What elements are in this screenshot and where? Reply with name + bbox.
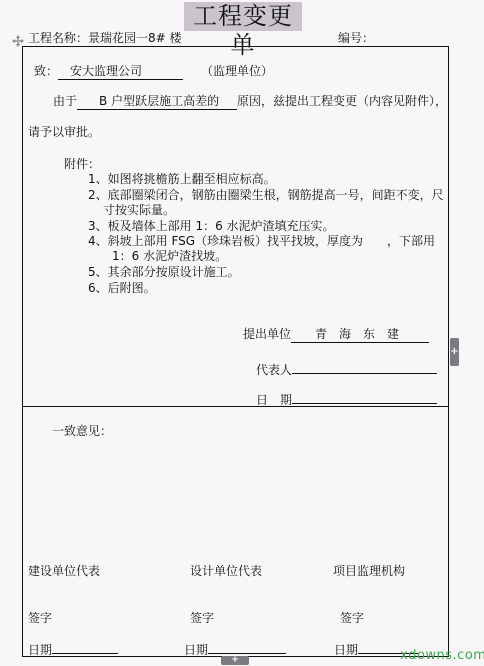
representative-field[interactable] (292, 360, 437, 374)
sig-design-title: 设计单位代表 (190, 564, 262, 579)
sig-construction-title: 建设单位代表 (28, 564, 100, 579)
sig-construction-date-field[interactable] (52, 640, 118, 654)
add-column-handle[interactable]: + (450, 338, 459, 366)
attachment-item-4: 4、斜坡上部用 FSG（珍珠岩板）找平找坡，厚度为 ，下部用 (88, 234, 435, 249)
add-row-handle[interactable]: + (221, 656, 249, 665)
project-name-value: 景瑞花园一8# 楼 (88, 31, 182, 45)
addressee-value: 安大监理公司 (58, 64, 183, 80)
sig-supervision-sign-label: 签字 (340, 611, 364, 626)
sig-construction-date: 日期 (28, 640, 118, 658)
project-name: 工程名称：景瑞花园一8# 楼 (28, 31, 182, 46)
addressee-line: 致：安大监理公司（监理单位） (34, 64, 273, 80)
reason-value: B 户型跃层施工高差的 (77, 94, 237, 110)
reason-prefix: 由于 (53, 94, 77, 108)
project-name-label: 工程名称： (28, 31, 88, 45)
submitter-unit-label: 提出单位 (243, 327, 291, 341)
attachment-item-1: 1、如图将挑檐筋上翻至相应标高。 (88, 172, 276, 187)
sig-construction-sign-label: 签字 (28, 611, 52, 626)
serial-number-label: 编号： (338, 31, 374, 46)
sig-supervision-date-label: 日期 (334, 643, 358, 657)
reason-line-2: 请予以审批。 (28, 125, 100, 140)
submitter-unit: 提出单位青 海 东 建 (243, 327, 429, 343)
attachment-item-2-cont: 寸按实际量。 (103, 203, 175, 218)
attachment-item-6: 6、后附图。 (88, 281, 156, 296)
attachment-item-2: 2、底部圈梁闭合，钢筋由圈梁生根，钢筋提高一号，间距不变，尺 (88, 188, 444, 203)
opinion-label: 一致意见： (52, 424, 112, 439)
sig-design-date-label: 日期 (184, 643, 208, 657)
reason-line: 由于B 户型跃层施工高差的原因，兹提出工程变更（内容见附件）， (53, 94, 447, 110)
submitter-unit-value: 青 海 东 建 (291, 327, 429, 343)
attachment-item-4-cont: 1：6 水泥炉渣找坡。 (112, 249, 227, 264)
submit-date-label: 日 期 (256, 393, 292, 407)
submit-date: 日 期 (256, 390, 437, 408)
sig-design-sign-label: 签字 (190, 611, 214, 626)
sig-design-date-field[interactable] (208, 640, 286, 654)
document-title: 工程变更单 (184, 2, 302, 31)
sig-construction-date-label: 日期 (28, 643, 52, 657)
attachments-label: 附件： (64, 157, 100, 172)
watermark: xdowns.com (400, 648, 484, 663)
submit-date-field[interactable] (292, 390, 437, 404)
document-page: 工程变更单 工程名称：景瑞花园一8# 楼 编号： 致：安大监理公司（监理单位） … (0, 0, 484, 666)
reason-suffix: 原因，兹提出工程变更（内容见附件）， (237, 94, 447, 108)
addressee-prefix: 致： (34, 64, 58, 78)
representative-label: 代表人 (256, 363, 292, 377)
sig-supervision-title: 项目监理机构 (333, 564, 405, 579)
representative: 代表人 (256, 360, 437, 378)
attachment-item-5: 5、其余部分按原设计施工。 (88, 265, 240, 280)
addressee-suffix: （监理单位） (201, 64, 273, 78)
attachment-item-3: 3、板及墙体上部用 1：6 水泥炉渣填充压实。 (88, 219, 335, 234)
